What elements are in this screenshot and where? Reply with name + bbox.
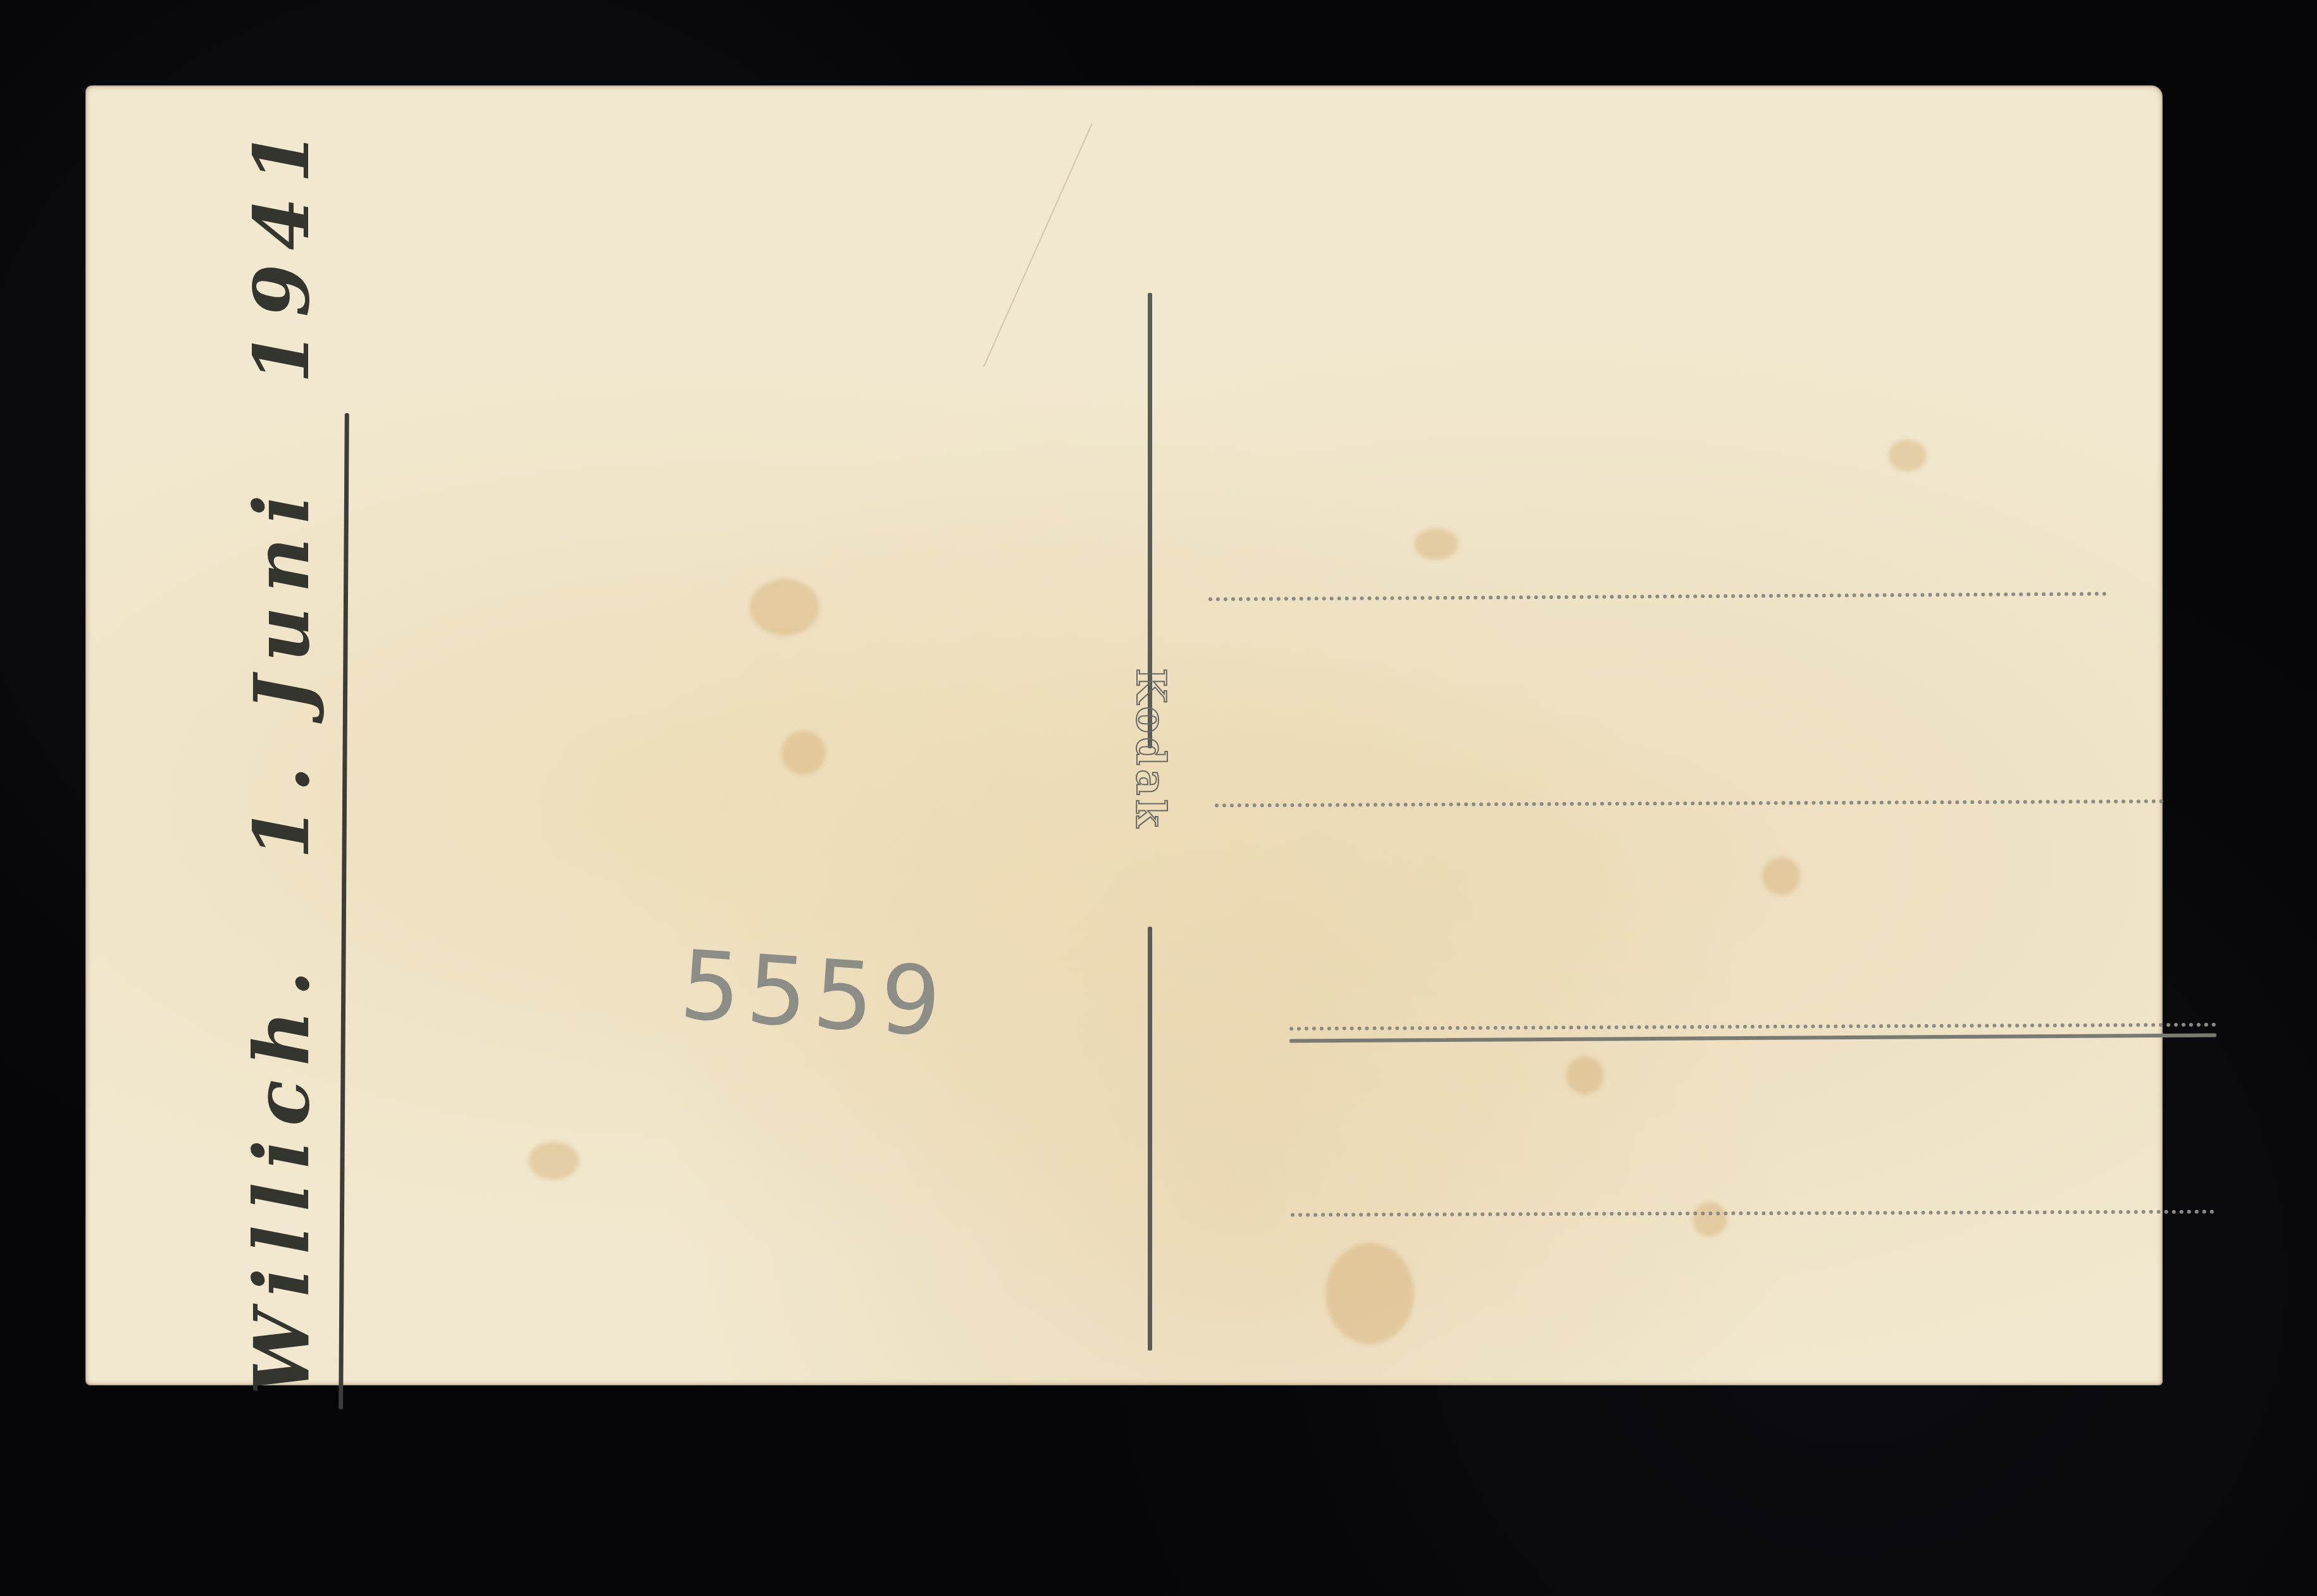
age-spot bbox=[1566, 1056, 1604, 1094]
address-line-4 bbox=[1291, 1209, 2215, 1216]
age-spot bbox=[528, 1142, 579, 1180]
address-line-2 bbox=[1215, 800, 2164, 808]
inscription-year: 1941 bbox=[237, 116, 326, 383]
age-spot bbox=[1889, 440, 1927, 471]
age-spot bbox=[750, 579, 819, 636]
age-spot bbox=[781, 731, 826, 775]
paper-crease bbox=[983, 123, 1093, 367]
postcard: Willich. 1. Juni 1941 5559 Kodak bbox=[85, 85, 2163, 1385]
age-spot bbox=[1414, 528, 1458, 560]
inscription-place: Willich. bbox=[237, 956, 326, 1395]
pencil-catalog-number: 5559 bbox=[676, 931, 950, 1059]
age-spot bbox=[1762, 857, 1800, 895]
inscription-date: 1. Juni bbox=[237, 481, 326, 859]
handwriting-underline bbox=[339, 413, 349, 1409]
handwritten-inscription: Willich. 1. Juni 1941 bbox=[237, 59, 326, 1395]
address-line-3 bbox=[1289, 1023, 2216, 1030]
center-divider-bottom bbox=[1148, 927, 1152, 1351]
age-spot bbox=[1693, 1202, 1727, 1237]
address-line-solid bbox=[1289, 1034, 2216, 1043]
address-line-1 bbox=[1208, 592, 2107, 602]
kodak-brand-mark: Kodak bbox=[1127, 668, 1174, 831]
age-spot bbox=[1326, 1243, 1414, 1344]
